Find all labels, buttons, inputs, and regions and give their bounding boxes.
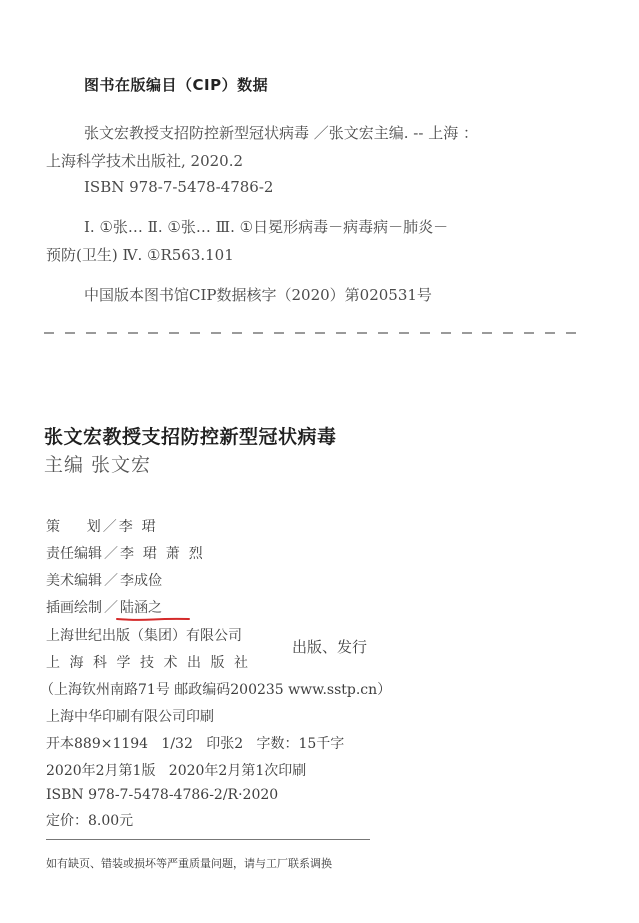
credit-name: 陆涵之 xyxy=(120,600,162,616)
credit-row-illustrator: 插画绘制／陆涵之 xyxy=(46,597,162,617)
isbn: ISBN 978-7-5478-4786-2/R·2020 xyxy=(46,787,278,803)
credit-role: 插画绘制 xyxy=(46,600,102,616)
book-title: 张文宏教授支招防控新型冠状病毒 xyxy=(44,422,337,449)
footer-rule xyxy=(46,839,370,840)
credit-separator: ／ xyxy=(103,519,117,535)
edition-info: 2020年2月第1版 2020年2月第1次印刷 xyxy=(46,760,306,780)
credit-name: 李成俭 xyxy=(120,573,162,589)
credit-row-planning: 策 划／李 珺 xyxy=(46,516,156,536)
cip-title: 图书在版编目（CIP）数据 xyxy=(84,74,268,95)
editor-line: 主编 张文宏 xyxy=(44,450,151,477)
credit-name: 李 珺 xyxy=(119,519,156,535)
publisher-press: 上海科学技术出版社 xyxy=(46,652,258,672)
cip-line-6: 中国版本图书馆CIP数据核字（2020）第020531号 xyxy=(84,284,432,305)
credit-separator: ／ xyxy=(104,600,118,616)
credit-role: 责任编辑 xyxy=(46,546,102,562)
credit-role: 美术编辑 xyxy=(46,573,102,589)
cip-line-1: 张文宏教授支招防控新型冠状病毒 ／张文宏主编. -- 上海 ： xyxy=(84,122,478,143)
format-spec: 开本889×1194 1/32 印张2 字数：15千字 xyxy=(46,733,344,753)
credit-row-art-editor: 美术编辑／李成俭 xyxy=(46,570,162,590)
cip-line-3: ISBN 978-7-5478-4786-2 xyxy=(84,178,273,196)
credit-row-editor: 责任编辑／李 珺 萧 烈 xyxy=(46,543,203,563)
price: 定价：8.00元 xyxy=(46,810,133,830)
printer: 上海中华印刷有限公司印刷 xyxy=(46,706,214,726)
credit-role: 策 划 xyxy=(46,519,101,535)
credit-name: 李 珺 萧 烈 xyxy=(120,546,203,562)
cip-line-4: Ⅰ. ①张… Ⅱ. ①张… Ⅲ. ①日冕形病毒－病毒病－肺炎－ xyxy=(84,216,448,237)
credit-separator: ／ xyxy=(104,546,118,562)
cip-line-2: 上海科学技术出版社, 2020.2 xyxy=(46,150,243,171)
publisher-address: （上海钦州南路71号 邮政编码200235 www.sstp.cn） xyxy=(40,679,391,699)
credit-separator: ／ xyxy=(104,573,118,589)
publisher-role: 出版、发行 xyxy=(292,636,367,657)
cip-line-5: 预防(卫生) Ⅳ. ①R563.101 xyxy=(46,244,234,265)
dashed-separator xyxy=(44,332,576,334)
publisher-group: 上海世纪出版（集团）有限公司 xyxy=(46,625,242,645)
red-underline-annotation xyxy=(116,617,190,621)
footer-note: 如有缺页、错装或损坏等严重质量问题，请与工厂联系调换 xyxy=(46,855,332,871)
